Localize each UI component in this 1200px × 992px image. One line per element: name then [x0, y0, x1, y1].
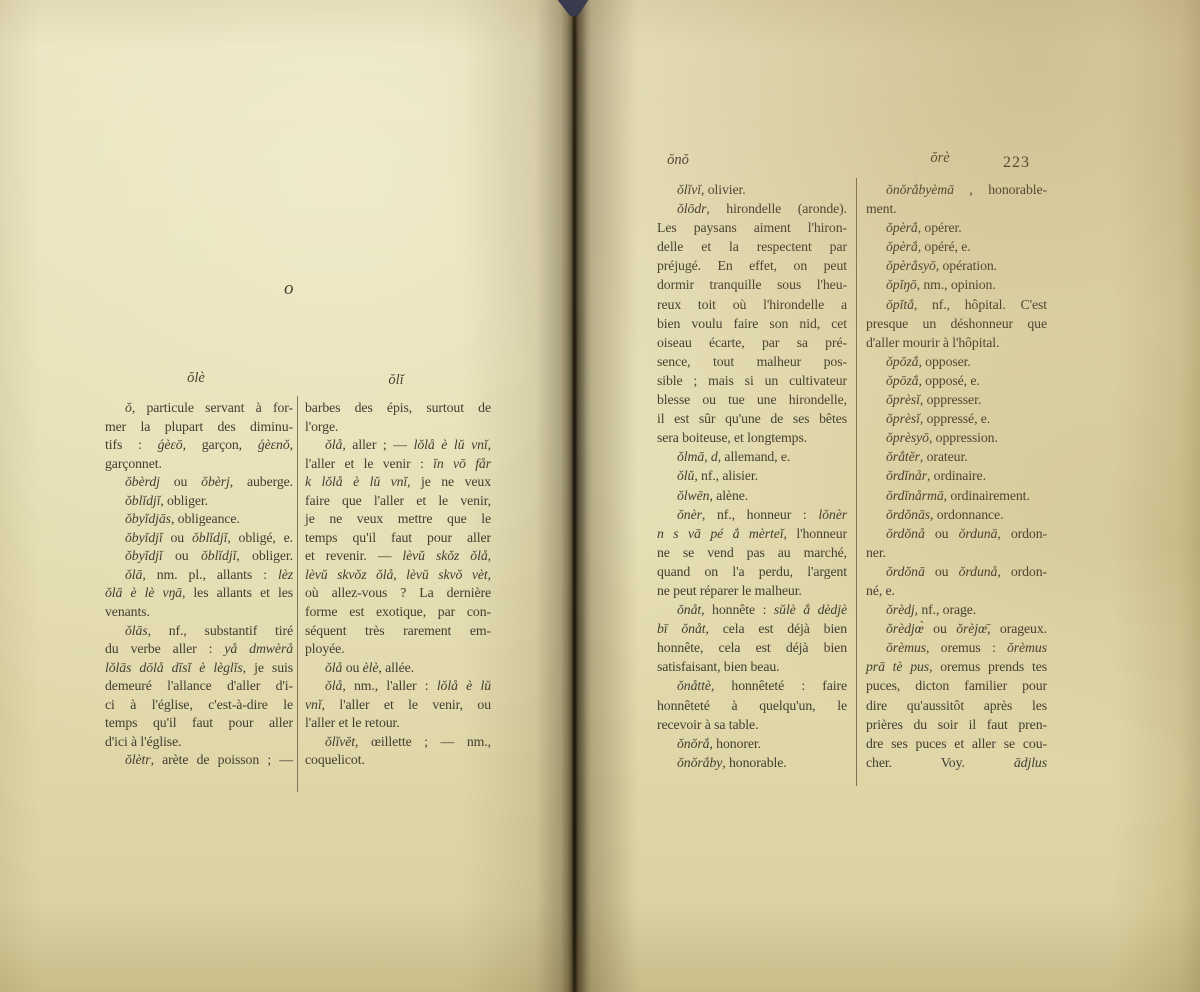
text-line: oiseau écarte, par sa pré- [657, 333, 847, 352]
text-line: ŏrèdj, nf., orage. [866, 600, 1047, 619]
section-letter: o [284, 278, 294, 300]
page-number: 223 [1003, 154, 1030, 172]
text-line: dormir tranquille sous l'heu- [657, 275, 847, 294]
text-line: l'aller et le retour. [305, 714, 491, 733]
text-line: temps qu'il faut pour aller [105, 714, 293, 733]
text-line: tifs : ǵèεō, garçon, ǵèεnŏ, [105, 436, 293, 455]
text-line: ŏrèmus, oremus : ŏrèmus [866, 638, 1047, 657]
text-line: ŏrắtĕr, orateur. [866, 447, 1047, 466]
text-line: ŏnåttè, honnêteté : faire [657, 676, 847, 695]
text-line: ŏbèrdj ou ŏbèrj, auberge. [105, 473, 293, 492]
text-line: ŏnŏrắbyèmā , honorable- [866, 180, 1047, 199]
text-line: ŏpĭŋō, nm., opinion. [866, 275, 1047, 294]
text-line: ci à l'église, c'est-à-dire le [105, 696, 293, 715]
text-line: ŏlĭvĕt, œillette ; — nm., [305, 733, 491, 752]
left-column-rule [297, 396, 298, 792]
book-spine-gutter [561, 0, 587, 992]
text-line: ŏlå ou èlè, allée. [305, 659, 491, 678]
right-column-1: ŏlĭvĭ, olivier.ŏlōdr, hirondelle (aronde… [657, 180, 847, 772]
text-line: n s vā pé ắ mèrteĭ, l'honneur [657, 524, 847, 543]
text-line: ŏrdĭnårmā, ordinairement. [866, 486, 1047, 505]
text-line: ŏlwēn, alène. [657, 486, 847, 505]
text-line: du verbe aller : yå dmwèrå [105, 640, 293, 659]
text-line: coquelicot. [305, 751, 491, 770]
text-line: honnêteté à quelqu'un, le [657, 696, 847, 715]
text-line: quand on l'a perdu, l'argent [657, 562, 847, 581]
text-line: séquent très rarement em- [305, 622, 491, 641]
text-line: garçonnet. [105, 455, 293, 474]
text-line: venants. [105, 603, 293, 622]
text-line: ŏlmā, d, allemand, e. [657, 447, 847, 466]
text-line: ŏpōzắ, opposé, e. [866, 371, 1047, 390]
text-line: ŏbyĭdjĭ ou ŏblĭdjĭ, obligé, e. [105, 529, 293, 548]
text-line: honnête, cela est déjà bien [657, 638, 847, 657]
text-line: barbes des épis, surtout de [305, 399, 491, 418]
text-line: ner. [866, 543, 1047, 562]
text-line: temps qu'il faut pour aller [305, 529, 491, 548]
text-line: ŏpèrắsyō, opération. [866, 256, 1047, 275]
text-line: l'orge. [305, 418, 491, 437]
text-line: cher. Voy. ādjlus [866, 753, 1047, 772]
text-line: ŏrdŏnå ou ŏrdunā, ordon- [866, 524, 1047, 543]
text-line: né, e. [866, 581, 1047, 600]
text-line: puces, dicton familier pour [866, 676, 1047, 695]
text-line: l'aller et le venir : ĭn vō får [305, 455, 491, 474]
text-line: préjugé. En effet, on peut [657, 256, 847, 275]
left-column-2: barbes des épis, surtout del'orge.ŏlå, a… [305, 399, 491, 770]
text-line: blesse ou tue une hirondelle, [657, 390, 847, 409]
text-line: ŏpèrắ, opérer. [866, 218, 1047, 237]
text-line: dire qu'aussitôt après les [866, 696, 1047, 715]
text-line: satisfaisant, bien beau. [657, 657, 847, 676]
text-line: ployée. [305, 640, 491, 659]
text-line: ment. [866, 199, 1047, 218]
text-line: et revenir. — lèvŭ skŏz ŏlå, [305, 547, 491, 566]
text-line: mer la plupart des diminu- [105, 418, 293, 437]
text-line: ŏlā, nm. pl., allants : lèz [105, 566, 293, 585]
text-line: bien voulu faire son nid, cet [657, 314, 847, 333]
text-line: demeuré l'allance d'aller d'i- [105, 677, 293, 696]
text-line: ŏlĭvĭ, olivier. [657, 180, 847, 199]
text-line: ŏpōzắ, opposer. [866, 352, 1047, 371]
right-column-2: ŏnŏrắbyèmā , honorable-ment.ŏpèrắ, opére… [866, 180, 1047, 772]
left-col1-guide-word: ŏlè [156, 370, 236, 387]
left-column-1: ŏ, particule servant à for-mer la plupar… [105, 399, 293, 770]
text-line: lŏlās dōlå dīsĭ è lèglĭs, je suis [105, 659, 293, 678]
text-line: ŏlå, aller ; — lŏlå è lŭ vnĭ, [305, 436, 491, 455]
text-line: ŏrdŏnā ou ŏrdunå, ordon- [866, 562, 1047, 581]
text-line: delle et la respectent par [657, 237, 847, 256]
right-column-rule [856, 178, 857, 786]
text-line: recevoir à sa table. [657, 715, 847, 734]
text-line: forme est exotique, par con- [305, 603, 491, 622]
text-line: où allez-vous ? La dernière [305, 584, 491, 603]
text-line: sera boiteuse, et longtemps. [657, 428, 847, 447]
text-line: ŏlŭ, nf., alisier. [657, 466, 847, 485]
text-line: ŏprèsyō, oppression. [866, 428, 1047, 447]
text-line: ŏprèsĭ, oppresser. [866, 390, 1047, 409]
text-line: faire que l'aller et le venir, [305, 492, 491, 511]
text-line: ŏrdŏnās, ordonnance. [866, 505, 1047, 524]
left-col2-guide-word: ŏlĭ [356, 372, 436, 389]
text-line: ŏrèdjœ̀ ou ŏrèjœ̄, orageux. [866, 619, 1047, 638]
text-line: ŏrdĭnår, ordinaire. [866, 466, 1047, 485]
text-line: d'aller mourir à l'hôpital. [866, 333, 1047, 352]
text-line: ŏprèsĭ, oppressé, e. [866, 409, 1047, 428]
text-line: ŏnŏrắby, honorable. [657, 753, 847, 772]
text-line: dre ses puces et aller se cou- [866, 734, 1047, 753]
text-line: ŏnŏrắ, honorer. [657, 734, 847, 753]
text-line: Les paysans aiment l'hiron- [657, 218, 847, 237]
text-line: prières du soir il faut pren- [866, 715, 1047, 734]
text-line: reux toit où l'hirondelle a [657, 295, 847, 314]
text-line: ŏlōdr, hirondelle (aronde). [657, 199, 847, 218]
text-line: vnĭ, l'aller et le venir, ou [305, 696, 491, 715]
text-line: ŏpĭtắ, nf., hôpital. C'est [866, 295, 1047, 314]
text-line: lèvŭ skvŏz ŏlå, lèvŭ skvŏ vèt, [305, 566, 491, 585]
text-line: ŏlā è lè vŋā, les allants et les [105, 584, 293, 603]
text-line: ŏlās, nf., substantif tiré [105, 622, 293, 641]
text-line: bī ŏnåt, cela est déjà bien [657, 619, 847, 638]
text-line: je ne veux mettre que le [305, 510, 491, 529]
text-line: ŏ, particule servant à for- [105, 399, 293, 418]
text-line: ŏpèrắ, opéré, e. [866, 237, 1047, 256]
text-line: d'ici à l'église. [105, 733, 293, 752]
text-line: prā tè pus, oremus prends tes [866, 657, 1047, 676]
text-line: ŏbyĭdjĭ ou ŏblĭdjĭ, obliger. [105, 547, 293, 566]
text-line: ŏbyĭdjās, obligeance. [105, 510, 293, 529]
open-book: o ŏlè ŏlĭ ŏ, particule servant à for-mer… [0, 0, 1200, 992]
text-line: presque un déshonneur que [866, 314, 1047, 333]
text-line: ŏblĭdjĭ, obliger. [105, 492, 293, 511]
text-line: ŏlå, nm., l'aller : lŏlå è lŭ [305, 677, 491, 696]
binding-cloth-icon [549, 0, 597, 16]
text-line: sence, tout malheur pos- [657, 352, 847, 371]
text-line: ŏlètr, arète de poisson ; — [105, 751, 293, 770]
text-line: ŏnåt, honnête : sŭlè ắ dèdjè [657, 600, 847, 619]
text-line: k lŏlå è lŭ vnĭ, je ne veux [305, 473, 491, 492]
right-col1-guide-word: ŏnŏ [650, 152, 706, 169]
text-line: ŏnèr, nf., honneur : lŏnèr [657, 505, 847, 524]
text-line: sible ; mais si un cultivateur [657, 371, 847, 390]
right-col2-guide-word: ŏrè [908, 150, 972, 167]
text-line: il est sûr qu'une de ses bêtes [657, 409, 847, 428]
text-line: ne peut réparer le malheur. [657, 581, 847, 600]
text-line: ne se vend pas au marché, [657, 543, 847, 562]
